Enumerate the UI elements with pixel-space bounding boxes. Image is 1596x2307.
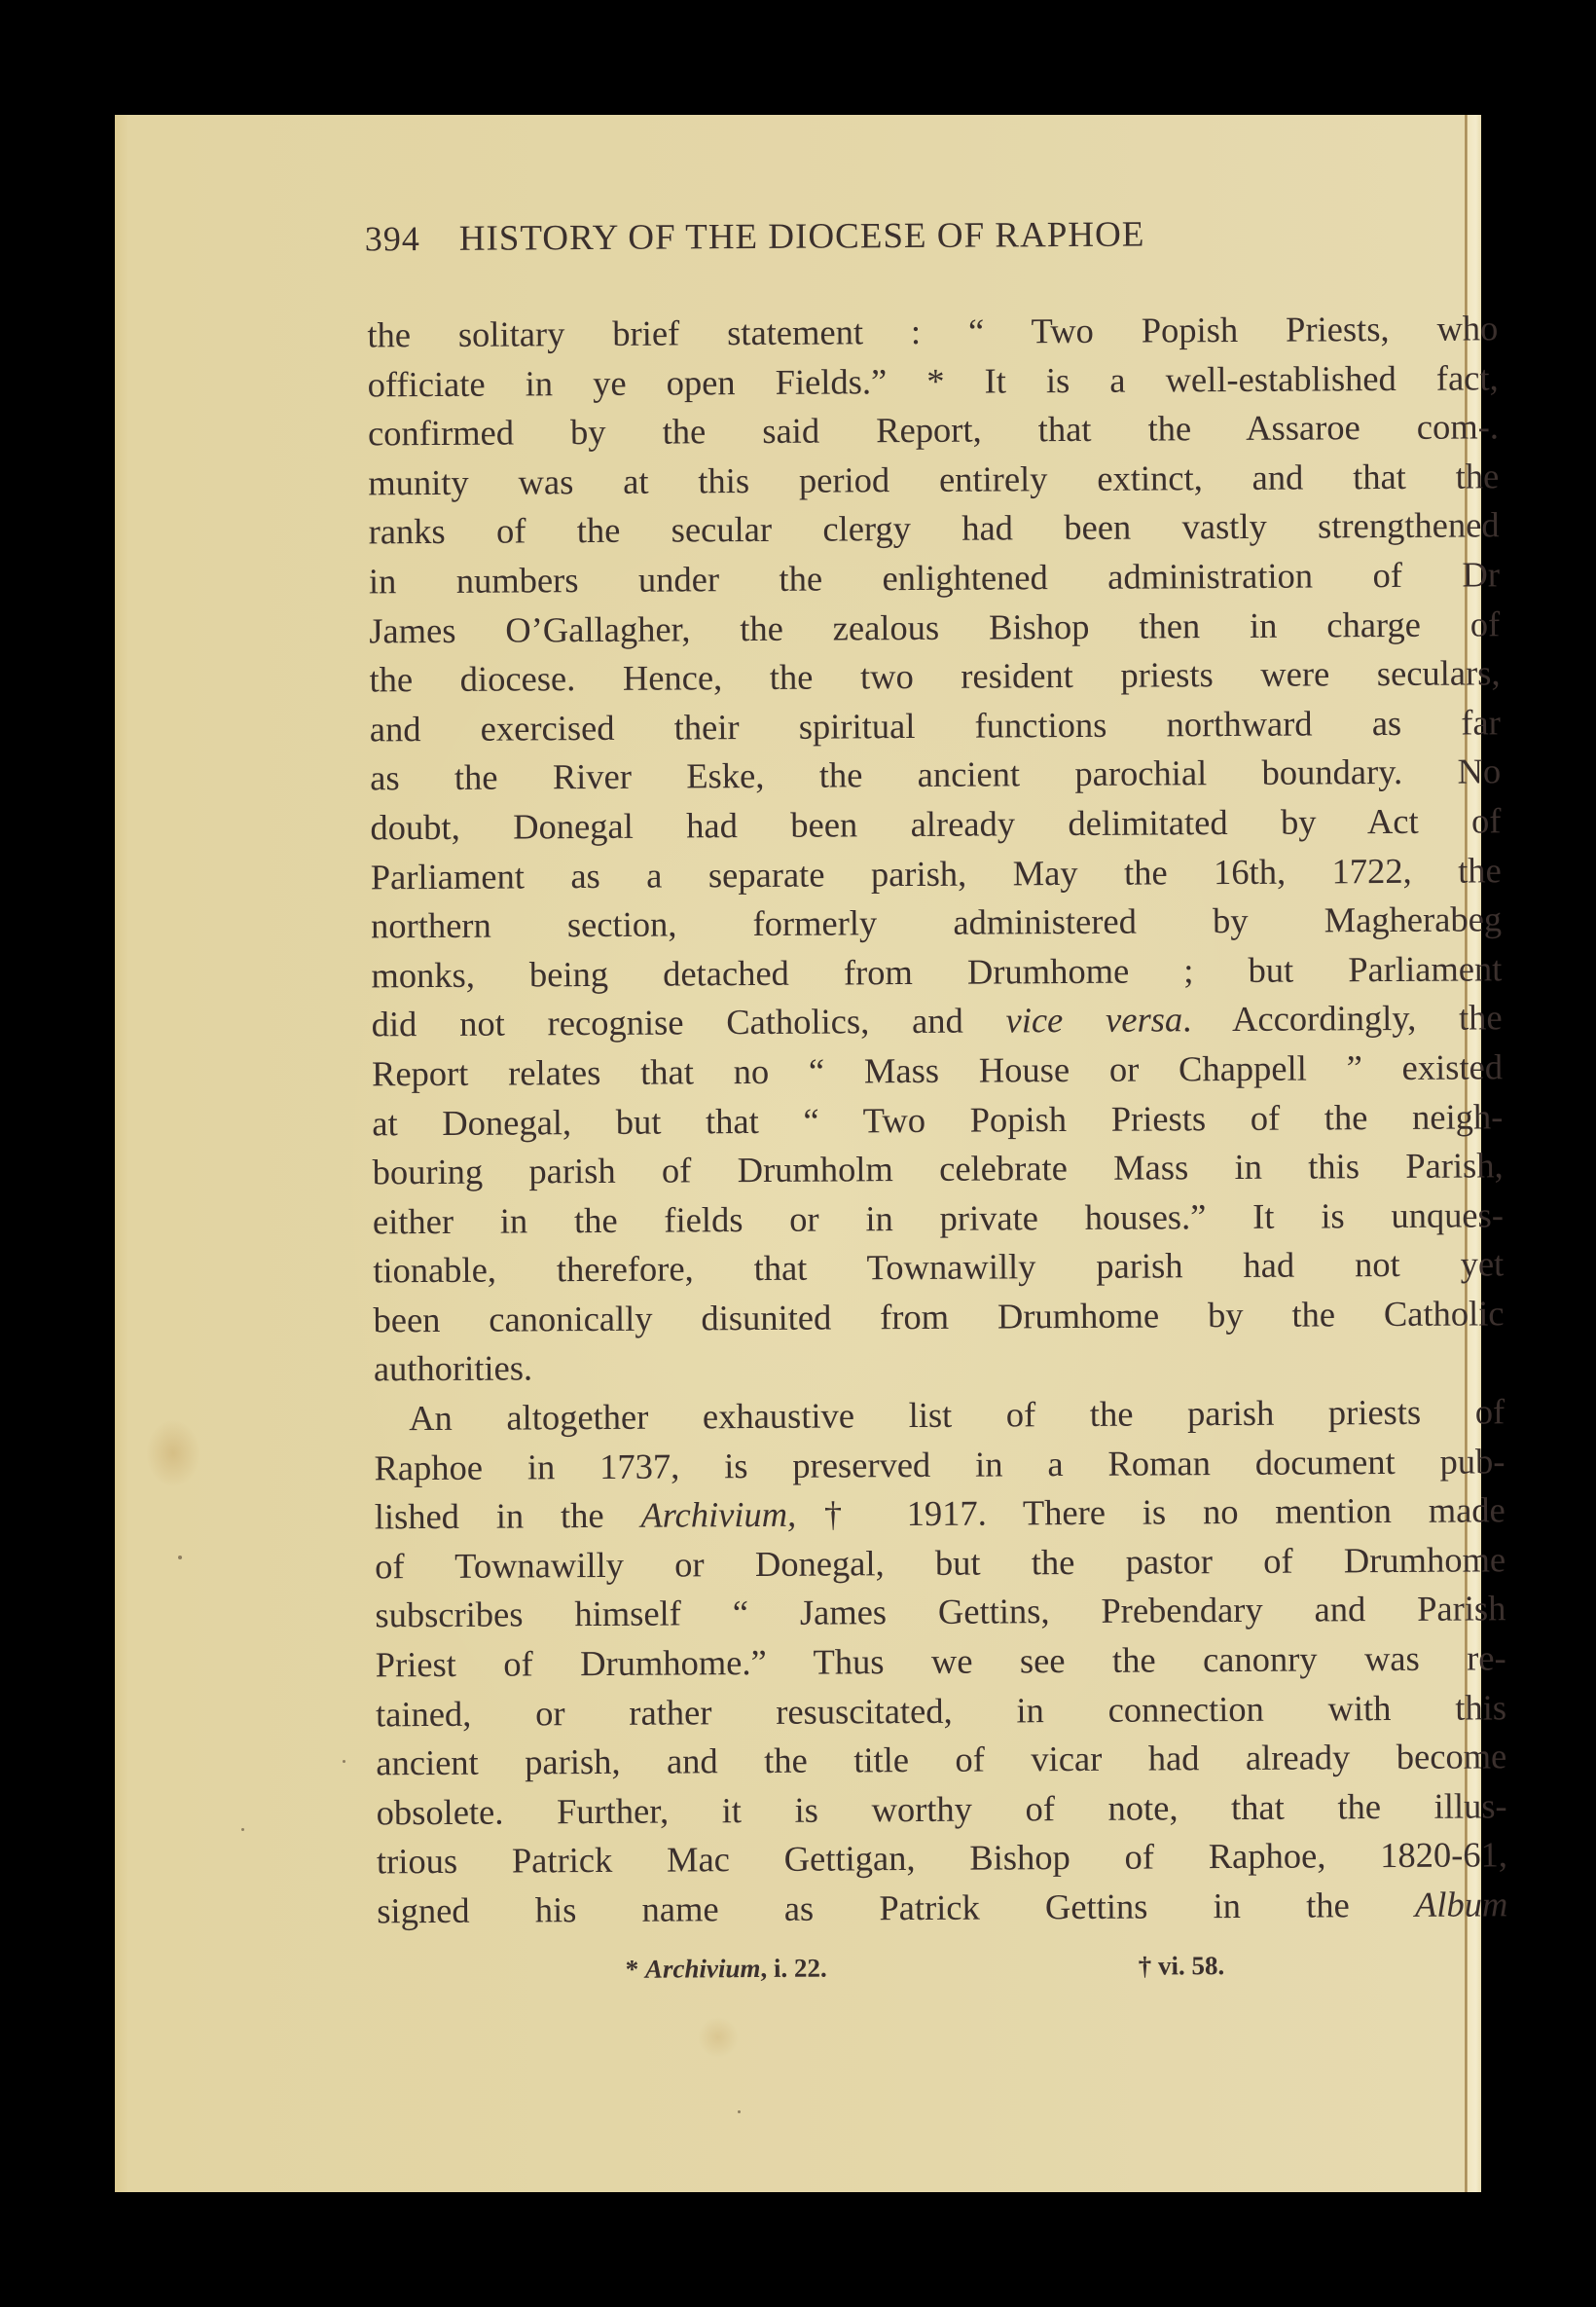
text-segment: bouring parish of Drumholm celebrate Mas…	[373, 1145, 1504, 1191]
footnotes: * Archivium, i. 22. † vi. 58.	[378, 1949, 1508, 1956]
italic-text: vice versa	[1005, 1000, 1182, 1041]
text-line: tained, or rather resuscitated, in conne…	[376, 1683, 1506, 1739]
text-line: Report relates that no “ Mass House or C…	[372, 1043, 1503, 1099]
text-line: and exercised their spiritual functions …	[370, 698, 1501, 754]
text-segment: Raphoe in 1737, is preserved in a Roman …	[374, 1441, 1505, 1487]
text-segment: ancient parish, and the title of vicar h…	[376, 1737, 1506, 1783]
text-segment: of Townawilly or Donegal, but the pastor…	[375, 1539, 1505, 1586]
text-segment: doubt, Donegal had been already delimita…	[370, 800, 1501, 847]
text-line: the solitary brief statement : “ Two Pop…	[367, 304, 1498, 360]
text-line: ranks of the secular clergy had been vas…	[368, 501, 1499, 558]
text-line: authorities.	[374, 1338, 1505, 1395]
text-segment: at Donegal, but that “ Two Popish Priest…	[372, 1096, 1503, 1143]
text-segment: monks, being detached from Drumhome ; bu…	[371, 948, 1502, 995]
text-line: as the River Eske, the ancient parochial…	[370, 748, 1501, 804]
text-segment: munity was at this period entirely extin…	[368, 456, 1499, 502]
text-line: ancient parish, and the title of vicar h…	[376, 1733, 1506, 1789]
text-line: lished in the Archivium,† 1917. There is…	[375, 1486, 1505, 1543]
text-line: bouring parish of Drumholm celebrate Mas…	[372, 1141, 1503, 1197]
text-segment: the solitary brief statement : “ Two Pop…	[367, 308, 1498, 354]
text-segment: tained, or rather resuscitated, in conne…	[376, 1687, 1506, 1734]
text-segment: and exercised their spiritual functions …	[370, 702, 1501, 749]
text-line: Raphoe in 1737, is preserved in a Roman …	[374, 1437, 1505, 1493]
text-segment: Parliament as a separate parish, May the…	[371, 850, 1502, 897]
text-line: monks, being detached from Drumhome ; bu…	[371, 944, 1502, 1001]
text-segment: Priest of Drumhome.” Thus we see the can…	[376, 1637, 1506, 1684]
text-segment: Report relates that no “ Mass House or C…	[372, 1046, 1503, 1093]
footnote-marker: †	[1139, 1951, 1158, 1980]
text-segment: either in the fields or in private house…	[373, 1194, 1504, 1241]
text-line: been canonically disunited from Drumhome…	[373, 1289, 1504, 1345]
text-segment: tionable, therefore, that Townawilly par…	[373, 1244, 1504, 1291]
book-page: 394HISTORY OF THE DIOCESE OF RAPHOE the …	[115, 115, 1481, 2192]
running-head: 394HISTORY OF THE DIOCESE OF RAPHOE	[365, 211, 1484, 260]
page-number: 394	[365, 218, 420, 259]
text-line: officiate in ye open Fields.” * It is a …	[368, 353, 1499, 410]
text-segment: been canonically disunited from Drumhome…	[373, 1293, 1504, 1339]
text-line: Parliament as a separate parish, May the…	[371, 846, 1502, 902]
text-line: signed his name as Patrick Gettins in th…	[377, 1880, 1507, 1936]
text-segment: as the River Eske, the ancient parochial…	[370, 751, 1501, 798]
text-segment: lished in the	[375, 1495, 641, 1537]
body-text: the solitary brief statement : “ Two Pop…	[367, 304, 1507, 1936]
text-line: at Donegal, but that “ Two Popish Priest…	[372, 1092, 1503, 1149]
text-line: the diocese. Hence, the two resident pri…	[369, 648, 1500, 705]
text-line: munity was at this period entirely extin…	[368, 452, 1499, 508]
text-line: trious Patrick Mac Gettigan, Bishop of R…	[377, 1831, 1507, 1887]
text-line: of Townawilly or Donegal, but the pastor…	[375, 1535, 1505, 1592]
footnote-ref: vi. 58.	[1158, 1951, 1224, 1980]
text-segment: officiate in ye open Fields.” * It is a …	[368, 357, 1499, 404]
italic-text: Album	[1415, 1884, 1508, 1924]
footnote-source: Archivium	[645, 1954, 761, 1984]
footnote-ref: , i. 22.	[760, 1954, 826, 1983]
text-segment: † 1917. There is no mention made	[796, 1490, 1505, 1534]
text-line: either in the fields or in private house…	[373, 1190, 1504, 1247]
text-line: confirmed by the said Report, that the A…	[368, 403, 1499, 459]
text-segment: James O’Gallagher, the zealous Bishop th…	[369, 604, 1500, 650]
text-segment: An altogether exhaustive list of the par…	[409, 1391, 1505, 1438]
text-segment: the diocese. Hence, the two resident pri…	[369, 652, 1500, 699]
text-segment: subscribes himself “ James Gettins, Preb…	[375, 1589, 1505, 1635]
text-segment: signed his name as Patrick Gettins in th…	[377, 1885, 1415, 1931]
text-segment: authorities.	[374, 1348, 532, 1389]
text-segment: confirmed by the said Report, that the A…	[368, 407, 1499, 454]
footnote-asterisk: * Archivium, i. 22.	[626, 1954, 827, 1985]
text-segment: . Accordingly, the	[1182, 998, 1503, 1040]
text-segment: obsolete. Further, it is worthy of note,…	[377, 1785, 1507, 1832]
text-segment: ranks of the secular clergy had been vas…	[368, 505, 1499, 552]
text-line: An altogether exhaustive list of the par…	[374, 1387, 1505, 1444]
text-line: doubt, Donegal had been already delimita…	[370, 796, 1501, 853]
footnote-marker: *	[626, 1955, 645, 1984]
text-line: Priest of Drumhome.” Thus we see the can…	[376, 1633, 1506, 1690]
page-content: 394HISTORY OF THE DIOCESE OF RAPHOE the …	[115, 106, 1494, 2192]
text-line: northern section, formerly administered …	[371, 895, 1502, 951]
running-head-title: HISTORY OF THE DIOCESE OF RAPHOE	[459, 215, 1145, 259]
footnote-dagger: † vi. 58.	[1139, 1951, 1225, 1982]
text-line: in numbers under the enlightened adminis…	[369, 550, 1500, 606]
italic-text: Archivium,	[640, 1494, 796, 1535]
text-segment: trious Patrick Mac Gettigan, Bishop of R…	[377, 1835, 1507, 1882]
text-segment: in numbers under the enlightened adminis…	[369, 554, 1500, 601]
text-line: obsolete. Further, it is worthy of note,…	[377, 1781, 1507, 1838]
text-segment: did not recognise Catholics, and	[372, 1001, 1006, 1044]
text-line: subscribes himself “ James Gettins, Preb…	[375, 1585, 1505, 1641]
text-line: did not recognise Catholics, and vice ve…	[372, 994, 1503, 1050]
text-segment: northern section, formerly administered …	[371, 898, 1502, 945]
text-line: tionable, therefore, that Townawilly par…	[373, 1240, 1504, 1297]
text-line: James O’Gallagher, the zealous Bishop th…	[369, 600, 1500, 656]
